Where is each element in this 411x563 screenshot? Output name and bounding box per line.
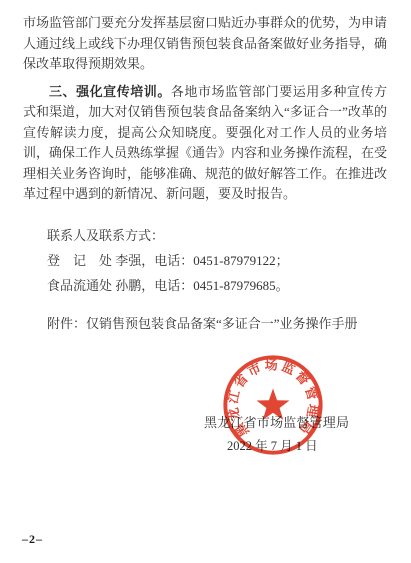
attachment-line: 附件：仅销售预包装食品备案“多证合一”业务操作手册 — [47, 314, 387, 335]
contact-heading: 联系人及联系方式： — [47, 223, 387, 248]
contact-food-circulation-office: 食品流通处 孙鹏，电话：0451-87979685。 — [47, 273, 387, 298]
page-number: –2– — [22, 532, 43, 547]
contact-registration-office: 登 记 处 李强，电话：0451-87979122； — [47, 248, 387, 273]
official-seal-stamp: 黑龙江省市场监督管理局 — [221, 353, 325, 457]
section-3-heading: 三、强化宣传培训。 — [49, 84, 171, 99]
paragraph-continuation: 市场监管部门要充分发挥基层窗口贴近办事群众的优势，为申请人通过线上或线下办理仅销… — [23, 13, 387, 75]
seal-star-icon — [257, 389, 290, 420]
paragraph-section-3: 三、强化宣传培训。各地市场监管部门要运用多种宣传方式和渠道，加大对仅销售预包装食… — [23, 82, 387, 205]
document-body: 市场监管部门要充分发挥基层窗口贴近办事群众的优势，为申请人通过线上或线下办理仅销… — [23, 13, 387, 334]
contact-block: 联系人及联系方式： 登 记 处 李强，电话：0451-87979122； 食品流… — [47, 223, 387, 298]
document-page: 市场监管部门要充分发挥基层窗口贴近办事群众的优势，为申请人通过线上或线下办理仅销… — [0, 0, 411, 563]
section-3-body: 各地市场监管部门要运用多种宣传方式和渠道，加大对仅销售预包装食品备案纳入“多证合… — [23, 84, 387, 202]
